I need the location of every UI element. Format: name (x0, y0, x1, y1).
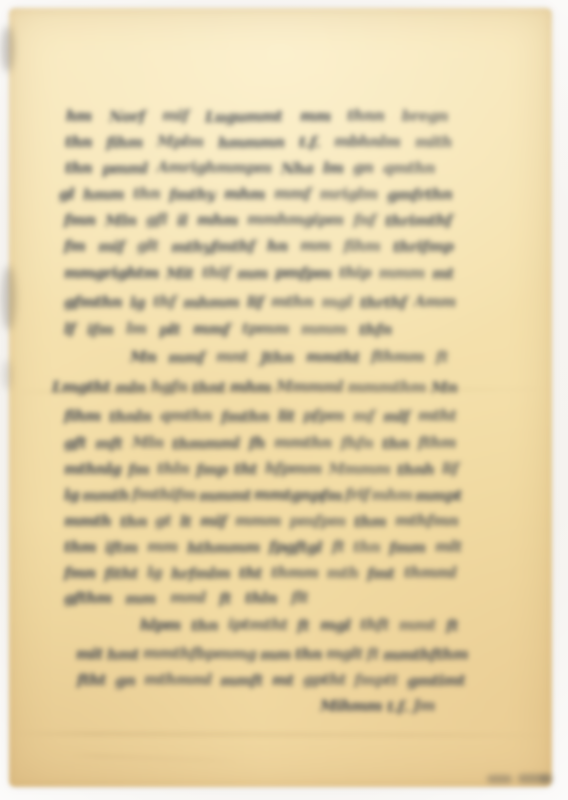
handwriting-word: mmt (399, 618, 436, 633)
handwriting-word: lif (442, 461, 458, 476)
handwriting-word: mmm (301, 322, 347, 337)
archive-mark (540, 775, 550, 783)
handwriting-word: frif (344, 487, 368, 502)
handwriting-word: thm (354, 514, 386, 529)
handwriting-word: tht (234, 462, 257, 477)
handwriting-word: mmpt (415, 488, 462, 504)
handwriting-word: gmtimt (407, 673, 465, 689)
handwriting-word: mbhnlm (334, 134, 400, 150)
handwriting-word: thln (245, 591, 277, 607)
handwriting-word: gn (115, 673, 135, 688)
handwriting-word: mif (200, 514, 226, 529)
handwriting-word: fm (64, 239, 85, 254)
edge-smudge (1, 26, 14, 72)
handwriting-word: mmthn (274, 435, 332, 451)
handwriting-line: fmmifgltmthyfmthfhnmmfihmthrifmp (64, 239, 453, 254)
handwriting-line: hlpmthniptmthtftmglthftmmtft (140, 618, 458, 633)
handwriting-word: Mmmml (276, 379, 343, 395)
handwriting-word: thnh (397, 462, 434, 478)
handwriting-word: hthmmm (187, 540, 260, 556)
handwriting-word: mm (147, 539, 178, 554)
handwriting-word: gt (155, 513, 171, 528)
archive-mark (487, 775, 512, 783)
handwriting-line: gfthmmmmmlftthlnflt (64, 591, 308, 606)
handwriting-word: fihm (64, 409, 101, 424)
handwriting-word: lm (126, 321, 147, 336)
handwriting-word: mmft (220, 673, 263, 689)
handwriting-word: ft (436, 350, 448, 365)
handwriting-word: mmf (168, 350, 205, 366)
handwriting-word: glt (137, 238, 158, 253)
handwriting-word: pmfpm (289, 514, 345, 529)
handwriting-word: hn (267, 239, 288, 254)
handwriting-word: thnn (347, 108, 384, 123)
handwriting-word: fmthn (221, 409, 269, 425)
handwriting-word: hmm (83, 187, 124, 203)
handwriting-word: Mmmm (328, 462, 390, 477)
handwriting-word: thn (133, 186, 160, 201)
handwriting-word: fnf (353, 213, 375, 228)
handwriting-word: Amrighmmpm (157, 160, 272, 176)
handwriting-word: gptht (302, 672, 345, 687)
handwriting-line: gfmthnlgthfmhmmlifmthnmglthrthfAmm (64, 295, 456, 310)
handwriting-word: thn (65, 161, 92, 176)
handwriting-line: mmththngtltmifmmmpmfpmthmmthfmn (64, 514, 458, 529)
handwriting-word: Nha (281, 161, 314, 176)
handwriting-word: t.f. (299, 135, 320, 150)
handwriting-line: fthtgnmthmmlmmftmtgpthtfmpttgmtimt (77, 673, 465, 688)
handwriting-word: thrifmp (393, 239, 453, 255)
handwriting-word: thm (64, 540, 96, 555)
handwriting-word: mnt (216, 349, 248, 364)
handwriting-word: thn (191, 618, 218, 633)
handwriting-word: mmtgnpfm (254, 487, 342, 504)
handwriting-word: hmmmn (218, 135, 285, 151)
handwriting-word: mthfmn (395, 513, 458, 529)
handwriting-word: mthyfmthf (171, 239, 255, 255)
handwriting-word: mm (260, 647, 291, 662)
handwriting-word: gn (353, 160, 373, 175)
handwriting-word: ftht (77, 673, 106, 688)
handwriting-word: t.f. (387, 699, 408, 714)
handwriting-word: fmthifm (132, 487, 196, 503)
handwriting-word: mmm (235, 513, 281, 528)
handwriting-word: thnt (192, 380, 225, 395)
handwriting-line: lgmmthfmthifmmmmtmmtgnpfmfrifmhmmmpt (64, 488, 462, 503)
handwriting-word: mif (162, 108, 188, 123)
handwriting-word: thn (120, 514, 147, 529)
handwriting-word: thn (353, 540, 380, 555)
fold-crease (13, 732, 553, 737)
handwriting-word: ft (446, 619, 458, 634)
handwriting-word: pfpm (303, 408, 344, 423)
handwriting-line: fmnMlngflilmhmmmhmgipmfnfthrimthf (64, 213, 452, 228)
handwriting-word: Mn (130, 350, 156, 365)
handwriting-line: gftmftMlnthmmmlfhmmthnfhfnthnfthm (64, 436, 456, 451)
handwriting-word: Mplm (157, 134, 203, 149)
handwriting-line: lfifmlmpltmmftpmmmmmthfn (64, 322, 392, 337)
handwriting-word: lg (64, 488, 79, 503)
handwriting-word: bregn (402, 109, 448, 124)
handwriting-word: mmtht (305, 350, 359, 366)
handwriting-word: Norf (109, 109, 145, 124)
fold-crease (71, 754, 239, 762)
handwriting-word: thft (360, 617, 389, 632)
handwriting-word: lif (247, 295, 263, 310)
handwriting-word: hrfmlm (171, 566, 230, 582)
handwriting-word: mlt (435, 539, 462, 554)
handwriting-word: iftm (105, 540, 138, 555)
handwriting-word: mhm (197, 213, 238, 229)
handwriting-word: fihm (344, 239, 381, 254)
handwriting-word: iptmtht (228, 617, 288, 633)
handwriting-word: mthnlg (64, 462, 121, 477)
handwriting-word: lit (278, 409, 295, 424)
handwriting-word: qmthn (383, 161, 435, 176)
handwriting-word: fmt (367, 566, 395, 581)
scan-background: hmNorfmifLugummtmmthnnbregnthnfihmMplmhm… (0, 0, 568, 800)
handwriting-word: mglt (326, 646, 363, 661)
handwriting-word: Jthn (260, 350, 294, 365)
handwriting-word: flt (291, 590, 308, 605)
handwriting-word: Amm (414, 294, 456, 309)
handwriting-word: pmml (101, 161, 147, 177)
handwriting-word: thmmml (172, 436, 240, 452)
handwriting-word: mmf (274, 186, 311, 201)
edge-smudge (2, 360, 12, 390)
handwriting-word: thn (295, 647, 322, 662)
handwriting-word: mt (432, 266, 454, 281)
handwriting-word: Jm (413, 698, 435, 713)
handwriting-word: Mln (132, 435, 164, 450)
handwriting-word: mgl (319, 618, 350, 634)
handwriting-word: fm (128, 462, 149, 477)
handwriting-word: hmt (107, 647, 139, 662)
handwriting-word: mln (115, 380, 146, 395)
handwriting-word: mhmm (183, 295, 239, 311)
handwriting-word: gl (59, 187, 74, 202)
handwriting-word: mf (353, 409, 374, 424)
handwriting-word: mml (170, 590, 206, 605)
handwriting-word: mit (76, 647, 103, 662)
handwriting-word: mm (237, 266, 268, 281)
handwriting-word: fitht (104, 566, 138, 581)
handwriting-line: thnpmmlAmrighmmpmNhalmgnqmthn (65, 161, 435, 176)
handwriting-word: Lugummt (205, 109, 283, 125)
handwriting-line: thnfihmMplmhmmmnt.f.mbhnlmmith (65, 135, 452, 150)
handwriting-word: mmth (82, 488, 129, 504)
handwriting-word: il (177, 214, 187, 229)
handwriting-word: mgl (322, 295, 352, 310)
handwriting-word: ft (297, 619, 309, 634)
handwriting-word: thn (382, 436, 409, 451)
handwriting-word: mtht (418, 408, 456, 423)
handwriting-word: mhm (230, 380, 271, 396)
handwriting-word: mif (98, 239, 124, 254)
handwriting-word: mmm (379, 266, 425, 281)
handwriting-word: mmth (64, 514, 111, 529)
handwriting-line: mthnlgfmthlnfmpththfpmmMmmmthnhlif (64, 462, 458, 477)
handwriting-word: lg (130, 295, 145, 310)
handwriting-word: mmhmgipm (247, 212, 343, 228)
handwriting-word: fihm (106, 135, 143, 151)
handwriting-word: hlpm (140, 618, 181, 633)
handwriting-word: ifm (87, 322, 113, 337)
handwriting-word: mmthfthm (383, 647, 468, 663)
handwriting-word: mthmml (144, 672, 212, 688)
handwriting-word: mmthfbpmmg (143, 646, 256, 662)
handwriting-line: mithmtmmthfbpmmgmmthnmgltftmmthfthm (76, 647, 468, 662)
handwriting-word: gfthm (64, 591, 112, 606)
handwriting-word: lf (64, 322, 75, 337)
handwriting-word: ft (219, 592, 231, 607)
handwriting-line: thmiftmmmhthmmmfpgftglftthnfmmmlt (64, 540, 462, 555)
handwriting-word: thrimthf (385, 213, 452, 229)
handwriting-word: thf (153, 294, 176, 309)
handwriting-word: gfmthn (64, 295, 122, 310)
handwriting-word: fhfn (341, 436, 373, 451)
handwriting-word: mth (327, 566, 359, 581)
handwriting-line: fihmthnlnqmthnfmthnlitpfpmmfmlfmtht (64, 409, 456, 424)
edge-smudge (1, 266, 16, 330)
handwriting-word: hm (66, 109, 92, 124)
handwriting-line: hmNorfmifLugummtmmthnnbregn (66, 109, 448, 124)
handwriting-word: Mln (105, 213, 137, 228)
handwriting-word: mhm (372, 488, 413, 503)
handwriting-word: mriglm (320, 187, 378, 202)
handwriting-word: ft (367, 647, 379, 662)
handwriting-word: gfl (146, 212, 167, 227)
handwriting-word: mm (125, 591, 156, 606)
handwriting-word: thmm (271, 565, 318, 580)
handwriting-line: mmgrightmMitthifmmpmfpmthipmmmmt (64, 266, 454, 281)
handwriting-word: fh (249, 436, 265, 451)
handwriting-word: tht (239, 566, 262, 581)
handwriting-word: plt (159, 322, 181, 337)
handwriting-word: fmm (389, 540, 426, 556)
handwriting-word: thln (157, 461, 189, 476)
handwriting-word: mt (272, 673, 294, 688)
handwriting-word: Mihmm (320, 699, 382, 714)
handwriting-word: thnln (109, 409, 152, 425)
handwriting-word: mith (415, 135, 452, 150)
handwriting-word: tpmm (242, 321, 289, 336)
handwriting-word: thip (339, 265, 371, 280)
handwriting-word: gft (64, 436, 86, 451)
handwriting-word: fthmm (371, 349, 424, 364)
handwriting-word: thrthf (360, 295, 407, 311)
handwriting-word: fmthy (169, 187, 215, 203)
handwriting-word: ft (331, 539, 343, 554)
handwriting-word: gmfrthn (387, 187, 452, 203)
handwriting-word: mft (95, 436, 123, 451)
handwriting-word: fpgftgl (269, 540, 322, 556)
handwriting-line: fmnfithtlghrfmlmthtthmmmthfmtthmml (64, 566, 456, 581)
handwriting-word: thmml (404, 565, 456, 580)
handwriting-word: mmmt (199, 488, 251, 504)
handwriting-word: fthm (418, 435, 456, 450)
handwriting-word: mlf (383, 409, 409, 424)
handwriting-word: thn (65, 135, 92, 150)
handwriting-word: fmn (64, 213, 95, 228)
handwriting-word: mm (299, 109, 330, 125)
handwriting-word: mmgrightm (64, 266, 159, 281)
handwriting-word: Mit (166, 266, 194, 281)
handwriting-word: qmthn (160, 408, 212, 423)
handwriting-word: fmptt (354, 673, 398, 688)
handwriting-word: thfn (359, 322, 392, 337)
handwriting-word: lm (323, 161, 344, 176)
handwriting-word: lt (180, 515, 192, 530)
handwriting-word: fmn (64, 566, 95, 581)
handwriting-line: Mihmmt.f.Jm (320, 699, 435, 714)
handwriting-word: mthn (271, 294, 313, 309)
letter-page: hmNorfmifLugummtmmthnnbregnthnfihmMplmhm… (9, 8, 552, 787)
handwriting-word: hfpmm (264, 461, 321, 476)
handwriting-line: MnmmfmntJthnmmthtfthmmft (130, 350, 448, 365)
handwriting-word: thif (202, 265, 230, 280)
handwriting-line: glhmmthnfmthymhmmmfmriglmgmfrthn (59, 187, 452, 202)
handwriting-word: mmf (193, 322, 230, 338)
handwriting-word: lg (147, 565, 162, 580)
handwriting-word: mm (300, 238, 331, 253)
handwriting-word: pmfpm (275, 266, 331, 282)
handwriting-word: fmp (196, 462, 227, 477)
handwriting-word: mhm (224, 187, 265, 203)
